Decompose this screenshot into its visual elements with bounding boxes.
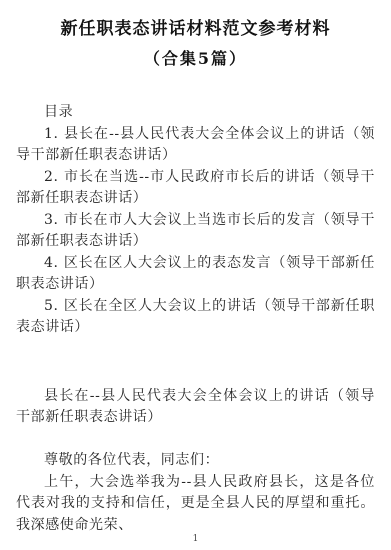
document-title: 新任职表态讲话材料范文参考材料 — [16, 14, 375, 44]
section-1-heading: 县长在--县人民代表大会全体会议上的讲话（领导干部新任职表态讲话） — [16, 386, 375, 429]
toc-item-4: 4. 区长在区人大会议上的表态发言（领导干部新任职表态讲话） — [16, 253, 375, 296]
toc-item-1: 1. 县长在--县人民代表大会全体会议上的讲话（领导干部新任职表态讲话） — [16, 124, 375, 167]
section-1: 县长在--县人民代表大会全体会议上的讲话（领导干部新任职表态讲话） 尊敬的各位代… — [16, 386, 375, 537]
page-number: 1 — [0, 534, 391, 544]
toc-label: 目录 — [16, 102, 375, 124]
table-of-contents: 目录 1. 县长在--县人民代表大会全体会议上的讲话（领导干部新任职表态讲话） … — [16, 102, 375, 339]
toc-item-3: 3. 市长在市人大会议上当选市长后的发言（领导干部新任职表态讲话） — [16, 210, 375, 253]
section-1-paragraph: 上午，大会选举我为--县人民政府县长，这是各位代表对我的支持和信任，更是全县人民… — [16, 472, 375, 537]
toc-item-5: 5. 区长在全区人大会议上的讲话（领导干部新任职表态讲话） — [16, 296, 375, 339]
section-1-salutation: 尊敬的各位代表，同志们： — [16, 450, 375, 472]
toc-item-2: 2. 市长在当选--市人民政府市长后的讲话（领导干部新任职表态讲话） — [16, 167, 375, 210]
document-page: 新任职表态讲话材料范文参考材料 （合集5篇） 目录 1. 县长在--县人民代表大… — [0, 0, 391, 550]
document-subtitle: （合集5篇） — [16, 44, 375, 74]
